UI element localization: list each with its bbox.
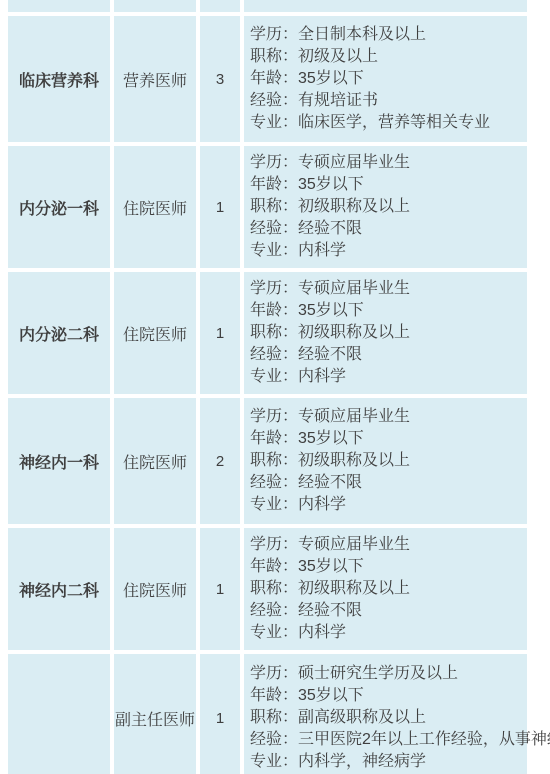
department-cell: 神经内一科 xyxy=(8,398,110,524)
requirement-line: 学历：专硕应届毕业生 xyxy=(250,406,410,428)
department-cell: 神经内二科 xyxy=(8,528,110,650)
requirements-cell-partial xyxy=(244,0,527,12)
department-cell xyxy=(8,654,110,774)
requirement-line: 学历：专硕应届毕业生 xyxy=(250,152,410,174)
table-row: 神经内一科 住院医师 2 学历：专硕应届毕业生年龄：35岁以下职称：初级职称及以… xyxy=(8,398,527,524)
count-cell: 1 xyxy=(200,654,240,774)
count-value: 1 xyxy=(216,710,224,727)
department-label: 神经内一科 xyxy=(19,450,99,473)
requirement-line: 年龄：35岁以下 xyxy=(250,556,410,578)
count-cell: 1 xyxy=(200,272,240,394)
position-cell: 营养医师 xyxy=(114,16,196,142)
requirement-line: 年龄：35岁以下 xyxy=(250,428,410,450)
requirement-line: 经验：有规培证书 xyxy=(250,90,490,112)
recruitment-page: 临床营养科 营养医师 3 学历：全日制本科及以上职称：初级及以上年龄：35岁以下… xyxy=(0,0,550,774)
requirement-line: 学历：专硕应届毕业生 xyxy=(250,534,410,556)
requirement-line: 学历：专硕应届毕业生 xyxy=(250,278,410,300)
department-cell: 临床营养科 xyxy=(8,16,110,142)
requirements-list: 学历：全日制本科及以上职称：初级及以上年龄：35岁以下经验：有规培证书专业：临床… xyxy=(250,24,490,134)
position-label: 营养医师 xyxy=(123,68,187,91)
requirements-list: 学历：硕士研究生学历及以上年龄：35岁以下职称：副高级职称及以上经验：三甲医院2… xyxy=(250,663,550,773)
count-value: 1 xyxy=(216,325,224,342)
requirement-line: 职称：初级职称及以上 xyxy=(250,322,410,344)
requirement-line: 经验：经验不限 xyxy=(250,472,410,494)
requirement-line: 专业：临床医学，营养等相关专业 xyxy=(250,112,490,134)
position-cell: 住院医师 xyxy=(114,146,196,268)
requirements-list: 学历：专硕应届毕业生年龄：35岁以下职称：初级职称及以上经验：经验不限专业：内科… xyxy=(250,152,410,262)
requirement-line: 专业：内科学 xyxy=(250,366,410,388)
count-value: 2 xyxy=(216,453,224,470)
requirement-line: 专业：内科学 xyxy=(250,494,410,516)
table-row: 内分泌一科 住院医师 1 学历：专硕应届毕业生年龄：35岁以下职称：初级职称及以… xyxy=(8,146,527,268)
requirement-line: 经验：经验不限 xyxy=(250,344,410,366)
position-label: 住院医师 xyxy=(123,450,187,473)
requirement-line: 年龄：35岁以下 xyxy=(250,68,490,90)
position-cell-partial xyxy=(114,0,196,12)
requirement-line: 年龄：35岁以下 xyxy=(250,300,410,322)
recruitment-table: 临床营养科 营养医师 3 学历：全日制本科及以上职称：初级及以上年龄：35岁以下… xyxy=(8,0,527,774)
requirements-cell: 学历：硕士研究生学历及以上年龄：35岁以下职称：副高级职称及以上经验：三甲医院2… xyxy=(244,654,527,774)
position-cell: 副主任医师 xyxy=(114,654,196,774)
requirements-list: 学历：专硕应届毕业生年龄：35岁以下职称：初级职称及以上经验：经验不限专业：内科… xyxy=(250,406,410,516)
requirements-list: 学历：专硕应届毕业生年龄：35岁以下职称：初级职称及以上经验：经验不限专业：内科… xyxy=(250,534,410,644)
position-cell: 住院医师 xyxy=(114,528,196,650)
count-value: 1 xyxy=(216,199,224,216)
requirements-cell: 学历：专硕应届毕业生年龄：35岁以下职称：初级职称及以上经验：经验不限专业：内科… xyxy=(244,528,527,650)
count-value: 3 xyxy=(216,71,224,88)
count-cell: 1 xyxy=(200,528,240,650)
table-row: 神经内二科 住院医师 1 学历：专硕应届毕业生年龄：35岁以下职称：初级职称及以… xyxy=(8,528,527,650)
requirement-line: 经验：三甲医院2年以上工作经验，从事神经介入方向 xyxy=(250,729,550,751)
table-row-partial xyxy=(8,0,527,12)
requirements-cell: 学历：全日制本科及以上职称：初级及以上年龄：35岁以下经验：有规培证书专业：临床… xyxy=(244,16,527,142)
count-cell: 3 xyxy=(200,16,240,142)
requirement-line: 经验：经验不限 xyxy=(250,600,410,622)
requirement-line: 职称：副高级职称及以上 xyxy=(250,707,550,729)
table-row: 副主任医师 1 学历：硕士研究生学历及以上年龄：35岁以下职称：副高级职称及以上… xyxy=(8,654,527,774)
department-label: 内分泌一科 xyxy=(19,196,99,219)
position-label: 住院医师 xyxy=(123,196,187,219)
requirements-list: 学历：专硕应届毕业生年龄：35岁以下职称：初级职称及以上经验：经验不限专业：内科… xyxy=(250,278,410,388)
position-label: 副主任医师 xyxy=(115,707,195,730)
department-cell: 内分泌一科 xyxy=(8,146,110,268)
requirement-line: 职称：初级职称及以上 xyxy=(250,578,410,600)
requirements-cell: 学历：专硕应届毕业生年龄：35岁以下职称：初级职称及以上经验：经验不限专业：内科… xyxy=(244,398,527,524)
count-value: 1 xyxy=(216,581,224,598)
requirement-line: 学历：全日制本科及以上 xyxy=(250,24,490,46)
count-cell-partial xyxy=(200,0,240,12)
department-label: 内分泌二科 xyxy=(19,322,99,345)
requirements-cell: 学历：专硕应届毕业生年龄：35岁以下职称：初级职称及以上经验：经验不限专业：内科… xyxy=(244,146,527,268)
position-label: 住院医师 xyxy=(123,578,187,601)
requirement-line: 学历：硕士研究生学历及以上 xyxy=(250,663,550,685)
requirement-line: 年龄：35岁以下 xyxy=(250,174,410,196)
requirement-line: 专业：内科学 xyxy=(250,240,410,262)
requirement-line: 专业：内科学 xyxy=(250,622,410,644)
requirements-cell: 学历：专硕应届毕业生年龄：35岁以下职称：初级职称及以上经验：经验不限专业：内科… xyxy=(244,272,527,394)
requirement-line: 职称：初级职称及以上 xyxy=(250,196,410,218)
department-label: 神经内二科 xyxy=(19,578,99,601)
count-cell: 2 xyxy=(200,398,240,524)
requirement-line: 专业：内科学，神经病学 xyxy=(250,751,550,773)
table-row: 内分泌二科 住院医师 1 学历：专硕应届毕业生年龄：35岁以下职称：初级职称及以… xyxy=(8,272,527,394)
position-cell: 住院医师 xyxy=(114,272,196,394)
table-rows: 临床营养科 营养医师 3 学历：全日制本科及以上职称：初级及以上年龄：35岁以下… xyxy=(8,16,527,774)
position-label: 住院医师 xyxy=(123,322,187,345)
requirement-line: 年龄：35岁以下 xyxy=(250,685,550,707)
table-row: 临床营养科 营养医师 3 学历：全日制本科及以上职称：初级及以上年龄：35岁以下… xyxy=(8,16,527,142)
requirement-line: 经验：经验不限 xyxy=(250,218,410,240)
count-cell: 1 xyxy=(200,146,240,268)
department-label: 临床营养科 xyxy=(19,68,99,91)
requirement-line: 职称：初级及以上 xyxy=(250,46,490,68)
department-cell: 内分泌二科 xyxy=(8,272,110,394)
requirement-line: 职称：初级职称及以上 xyxy=(250,450,410,472)
department-cell-partial xyxy=(8,0,110,12)
position-cell: 住院医师 xyxy=(114,398,196,524)
